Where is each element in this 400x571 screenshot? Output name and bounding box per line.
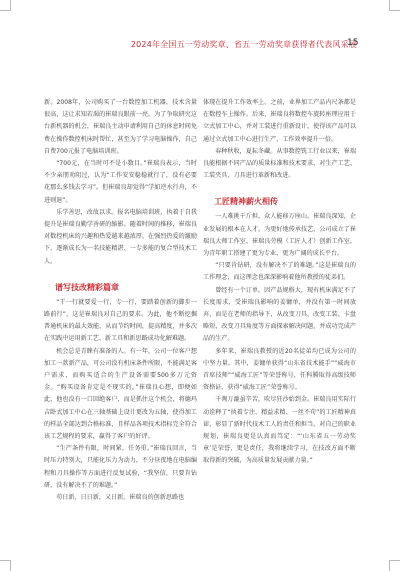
paragraph: 一人难挑千斤担，众人能移万座山。崔瑞良深知，企业发展的根本在人才。为更好地传承技… [203, 211, 356, 260]
paragraph: 苟日新，日日新，又日新。崔瑞良的创新思路也 [44, 492, 197, 504]
running-header: 2024年全国五一劳动奖章、省五一劳动奖章获得者代表风采展 [0, 39, 357, 50]
paragraph: 乐学善思，改故以求。报名电脑培训班，执着于自我提升是崔瑞良勤学善研的缩影。随着时… [44, 207, 197, 268]
crop-mark-bottom-right [389, 560, 400, 571]
crop-mark-top-right [389, 0, 400, 11]
crop-mark-bottom-left [0, 560, 11, 571]
right-column: 体现在提升工作效率上。之前，业界加工产品内尺条都是在数控车上操作。后来，崔瑞良将… [203, 97, 356, 468]
paragraph: 新。2008年，公司购买了一台数控加工机器，技术含量很高，这让求知若渴的崔瑞良眼… [44, 97, 197, 158]
section-heading: 谱写技改精彩篇章 [44, 282, 197, 294]
paragraph: 曾经有一个订单，因产品规格大，现有机床满足不了长度需求，受崔瑞良影响的姜镛单，并… [203, 285, 356, 346]
left-column: 新。2008年，公司购买了一台数控加工机器，技术含量很高，这让求知若渴的崔瑞良眼… [44, 97, 197, 504]
paragraph: 多年来，崔瑞良教授的近20名徒弟均已成为公司的中坚力量。其中，姜镛单获得“山东省… [203, 346, 356, 395]
paragraph: 体现在提升工作效率上。之前，业界加工产品内尺条都是在数控车上操作。后来，崔瑞良将… [203, 97, 356, 146]
page-number: 15 [347, 38, 358, 48]
paragraph: 千淘万漉虽辛苦，吹尽狂沙始到金。崔瑞良用实际行动诠释了“执着专注、精益求精、一丝… [203, 394, 356, 467]
paragraph: 春种秋收，夏耘冬藏。从事数控铣工行业以来，崔瑞良能根据不同产品的质量标准和技术要… [203, 146, 356, 183]
paragraph: “700元，在当时可不是小数目。”崔瑞良表示，当时不少亲朋劝阻过，认为“工作安安… [44, 158, 197, 207]
paragraph: 机会总是青睐有准备的人。有一年，公司一位客户想加工一款新产品，可公司没有机床条件… [44, 346, 197, 444]
paragraph: “只要肯钻研，没有解决不了的难题。”这是崔瑞良的工作理念，而这理念也深深影响着他… [203, 260, 356, 284]
crop-mark-top-left [0, 0, 11, 11]
paragraph: “干一行就要爱一行，专一行，要踏着创新的脚步一路前行”，这是崔瑞良对自己的要求。… [44, 297, 197, 346]
section-heading: 工匠精神薪火相传 [203, 196, 356, 208]
paragraph: “生产条件有限，时间紧，任务重。”崔瑞良回言，当时压力特别大，只能化压力为动力，… [44, 443, 197, 492]
